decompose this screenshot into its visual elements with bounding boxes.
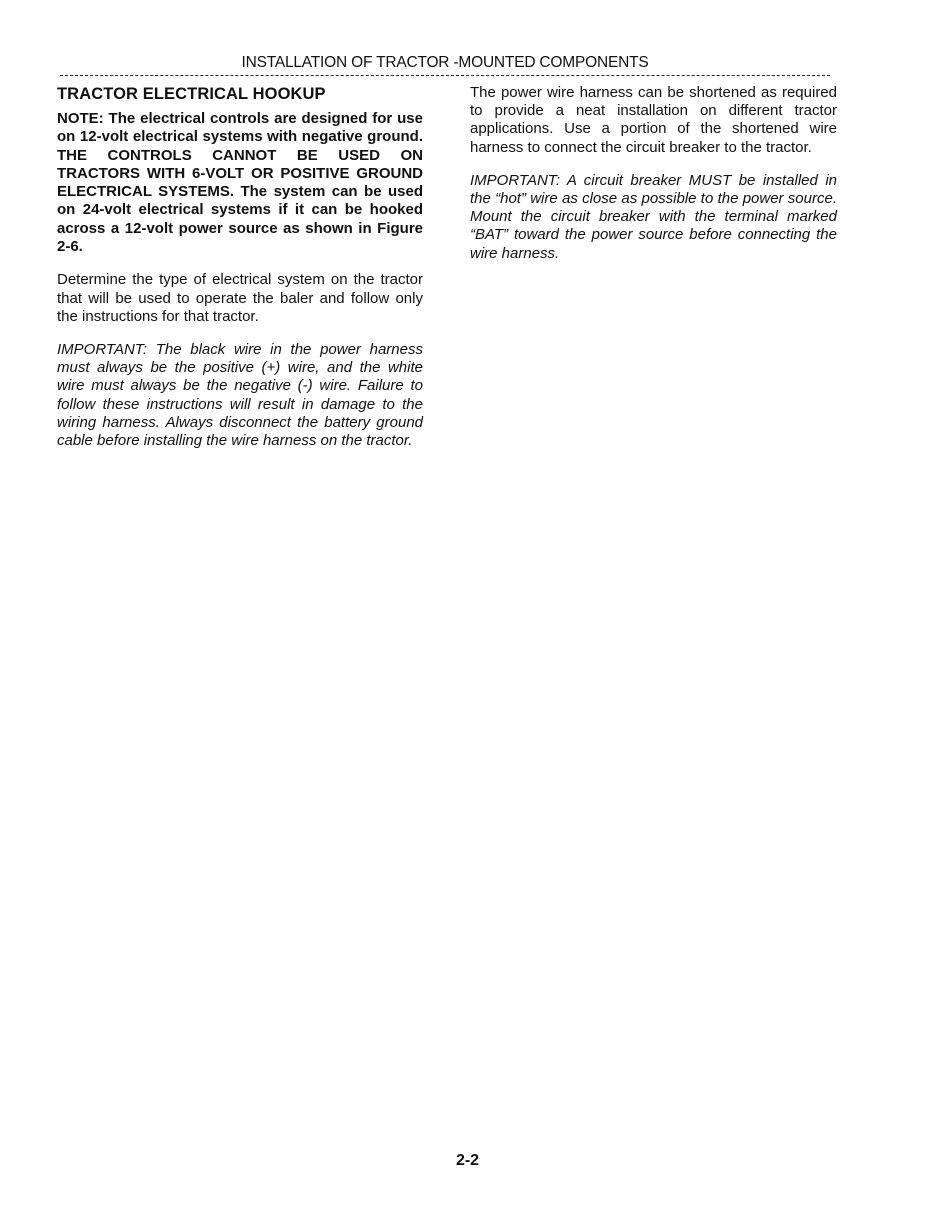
important-notice: IMPORTANT: The black wire in the power h… (57, 341, 423, 450)
note-paragraph: NOTE: The electrical controls are design… (57, 110, 423, 256)
right-column: The power wire harness can be shortened … (470, 84, 837, 263)
page-header: INSTALLATION OF TRACTOR -MOUNTED COMPONE… (60, 54, 830, 72)
left-column: TRACTOR ELECTRICAL HOOKUP NOTE: The elec… (57, 84, 423, 450)
important-notice: IMPORTANT: A circuit breaker MUST be ins… (470, 172, 837, 263)
page-number: 2-2 (0, 1152, 935, 1170)
body-paragraph: Determine the type of electrical system … (57, 271, 423, 326)
body-paragraph: The power wire harness can be shortened … (470, 84, 837, 157)
header-divider (60, 75, 830, 76)
section-title: TRACTOR ELECTRICAL HOOKUP (57, 84, 423, 104)
